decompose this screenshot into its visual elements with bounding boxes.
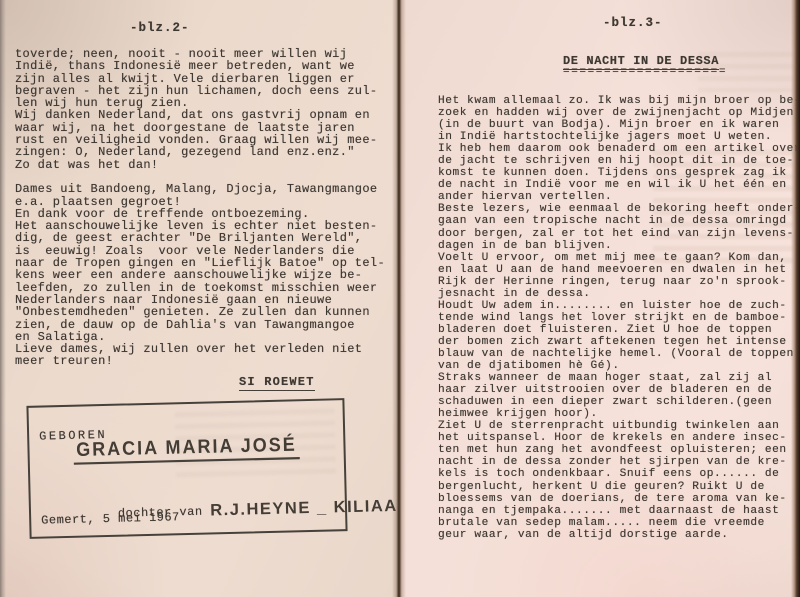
author-signature: SI ROEWET	[239, 375, 315, 391]
page-number-left: -blz.2-	[130, 21, 190, 35]
scanned-book-spread: -blz.2- toverde; neen, nooit - nooit mee…	[0, 0, 800, 597]
left-article-text: toverde; neen, nooit - nooit meer willen…	[15, 48, 385, 368]
page-right: -blz.3- DE NACHT IN DE DESSA ===========…	[398, 0, 800, 597]
page-number-right: -blz.3-	[603, 16, 663, 30]
right-article-text: Het kwam allemaal zo. Ik was bij mijn br…	[438, 95, 800, 541]
birth-announcement-box: GEBOREN GRACIA MARIA JOSÉ dochter van R.…	[26, 398, 347, 539]
page-left: -blz.2- toverde; neen, nooit - nooit mee…	[0, 0, 398, 597]
parents-row: dochter van R.J.HEYNE _ KILIAAN	[40, 479, 411, 543]
baby-name: GRACIA MARIA JOSÉ	[73, 433, 300, 464]
baby-name-row: GRACIA MARIA JOSÉ	[29, 433, 343, 465]
parents-name: R.J.HEYNE _ KILIAAN	[210, 497, 411, 520]
article-title-double-underline: ====================	[563, 66, 727, 78]
